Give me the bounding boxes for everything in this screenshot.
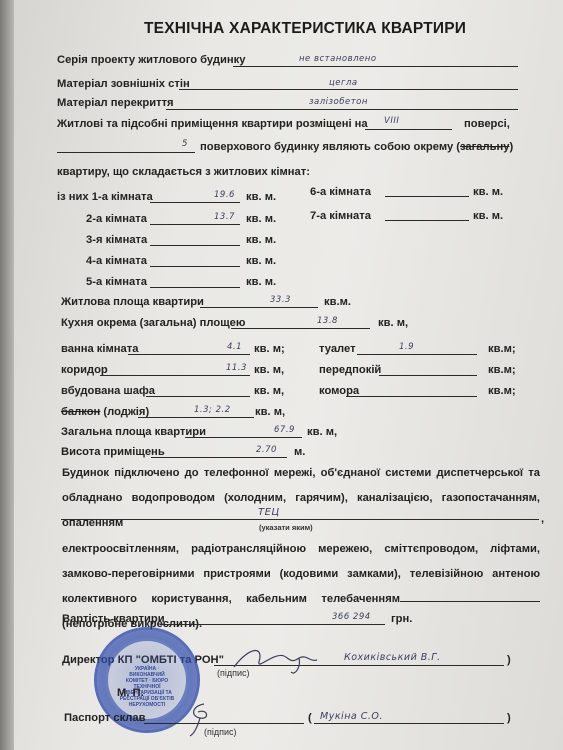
height-line xyxy=(151,457,287,458)
passport-sign-line xyxy=(144,723,304,724)
heating-line xyxy=(61,519,539,520)
toilet-value: 1.9 xyxy=(399,342,414,352)
struck-word: загальну xyxy=(460,141,509,153)
heating-hint: (указати яким) xyxy=(259,523,313,532)
hallway-line xyxy=(379,375,477,376)
project-series-line xyxy=(233,66,518,67)
room-7-label: 7-а кімната xyxy=(310,210,371,222)
wall-material-value: цегла xyxy=(329,78,358,88)
storage-line xyxy=(346,396,477,397)
heating-comma: , xyxy=(541,513,544,525)
balcony-value: 1.3; 2.2 xyxy=(194,405,231,415)
heating-value: ТЕЦ xyxy=(258,507,280,518)
floor-material-line xyxy=(166,109,518,110)
hallway-unit: кв.м; xyxy=(488,364,516,376)
height-value: 2.70 xyxy=(256,445,277,455)
room-1-value: 19.6 xyxy=(214,190,235,200)
room-2-line xyxy=(150,224,240,225)
balcony-line xyxy=(138,417,254,418)
price-label: Вартість квартири xyxy=(62,613,165,625)
toilet-unit: кв.м; xyxy=(488,343,516,355)
cable-tv-line xyxy=(400,601,540,602)
floor-sentence-part4: ) xyxy=(510,141,514,153)
room-4-unit: кв. м. xyxy=(246,255,276,267)
height-unit: м. xyxy=(294,446,305,458)
living-area-value: 33.3 xyxy=(270,295,291,305)
price-value: 366 294 xyxy=(332,612,371,622)
bathroom-line xyxy=(128,354,250,355)
corridor-unit: кв. м, xyxy=(254,364,284,376)
floor-line xyxy=(365,129,452,130)
total-area-value: 67.9 xyxy=(274,425,295,435)
floor-value: VIII xyxy=(384,116,399,126)
wall-material-line xyxy=(179,89,518,90)
passport-sign-hint: (підпис) xyxy=(204,727,237,737)
passport-name-line xyxy=(314,723,504,724)
utilities-text-2-body: електроосвітленням, радіотрансляційною м… xyxy=(62,543,540,605)
floor-sentence-part3: поверхового будинку являють собою окрему… xyxy=(200,141,513,153)
stamp-mark: М. П. xyxy=(117,687,144,699)
room-4-line xyxy=(150,266,240,267)
passport-paren-open: ( xyxy=(308,712,312,724)
closet-unit: кв. м, xyxy=(254,385,284,397)
closet-line xyxy=(146,396,250,397)
room-2-value: 13.7 xyxy=(214,212,235,222)
kitchen-line xyxy=(231,328,370,329)
room-5-label: 5-а кімната xyxy=(86,276,147,288)
floor-sentence-part2: поверсі, xyxy=(464,118,510,130)
living-area-line xyxy=(200,307,318,308)
page-edge xyxy=(0,0,14,750)
wall-material-label: Матеріал зовнішніх стін xyxy=(57,78,190,90)
room-5-line xyxy=(150,287,240,288)
room-5-unit: кв. м. xyxy=(246,276,276,288)
passport-paren-close: ) xyxy=(507,712,511,724)
living-area-unit: кв.м. xyxy=(324,296,351,308)
living-area-label: Житлова площа квартири xyxy=(61,296,204,308)
room-4-label: 4-а кімната xyxy=(86,255,147,267)
room-7-unit: кв. м. xyxy=(473,210,503,222)
room-3-label: 3-я кімната xyxy=(86,234,147,246)
director-paren: ) xyxy=(507,654,511,666)
closet-label: вбудована шафа xyxy=(61,385,155,397)
document-title: ТЕХНІЧНА ХАРАКТЕРИСТИКА КВАРТИРИ xyxy=(144,20,466,38)
price-unit: грн. xyxy=(391,613,412,625)
room-3-unit: кв. м. xyxy=(246,234,276,246)
storage-unit: кв.м; xyxy=(488,385,516,397)
director-name: Кохиківський В.Г. xyxy=(344,652,441,663)
floor-sentence-part3-text: поверхового будинку являють собою окрему… xyxy=(200,141,460,153)
room-1-unit: кв. м. xyxy=(246,191,276,203)
room-7-line xyxy=(385,220,469,221)
floor-material-label: Матеріал перекриття xyxy=(57,97,174,109)
bathroom-value: 4.1 xyxy=(227,342,242,352)
corridor-value: 11.3 xyxy=(226,363,247,373)
toilet-line xyxy=(357,354,477,355)
project-series-label: Серія проекту житлового будинку xyxy=(57,54,245,66)
director-signature xyxy=(229,642,329,678)
passport-label: Паспорт склав xyxy=(64,712,146,724)
kitchen-value: 13.8 xyxy=(317,316,338,326)
kitchen-label: Кухня окрема (загальна) площею xyxy=(61,317,245,329)
room-6-unit: кв. м. xyxy=(473,186,503,198)
room-1-line xyxy=(150,202,240,203)
document-page: ТЕХНІЧНА ХАРАКТЕРИСТИКА КВАРТИРИ Серія п… xyxy=(14,0,563,750)
room-3-line xyxy=(150,245,240,246)
height-label: Висота приміщень xyxy=(61,446,165,458)
price-line xyxy=(160,624,385,625)
bathroom-label: ванна кімната xyxy=(61,343,138,355)
floor-material-value: залізобетон xyxy=(309,97,368,107)
storeys-line xyxy=(57,152,195,153)
hallway-label: передпокій xyxy=(319,364,381,376)
room-1-label: із них 1-а кімната xyxy=(57,191,153,203)
balcony-unit: кв. м, xyxy=(255,406,285,418)
room-6-line xyxy=(385,196,469,197)
project-series-value: не встановлено xyxy=(299,54,377,64)
floor-sentence-part1: Житлові та підсобні приміщення квартири … xyxy=(57,118,368,130)
room-2-label: 2-а кімната xyxy=(86,213,147,225)
total-area-unit: кв. м, xyxy=(307,426,337,438)
balcony-struck: балкон xyxy=(61,406,100,418)
kitchen-unit: кв. м, xyxy=(378,317,408,329)
passport-name: Мукіна С.О. xyxy=(320,711,383,722)
balcony-label: балкон (лоджія) xyxy=(61,406,149,418)
corridor-line xyxy=(100,375,250,376)
storeys-value: 5 xyxy=(182,139,188,149)
room-6-label: 6-а кімната xyxy=(310,186,371,198)
room-2-unit: кв. м. xyxy=(246,213,276,225)
toilet-label: туалет xyxy=(319,343,356,355)
total-area-line xyxy=(185,437,302,438)
floor-sentence-part5: квартиру, що складається з житлових кімн… xyxy=(57,166,310,178)
bathroom-unit: кв. м; xyxy=(254,343,285,355)
